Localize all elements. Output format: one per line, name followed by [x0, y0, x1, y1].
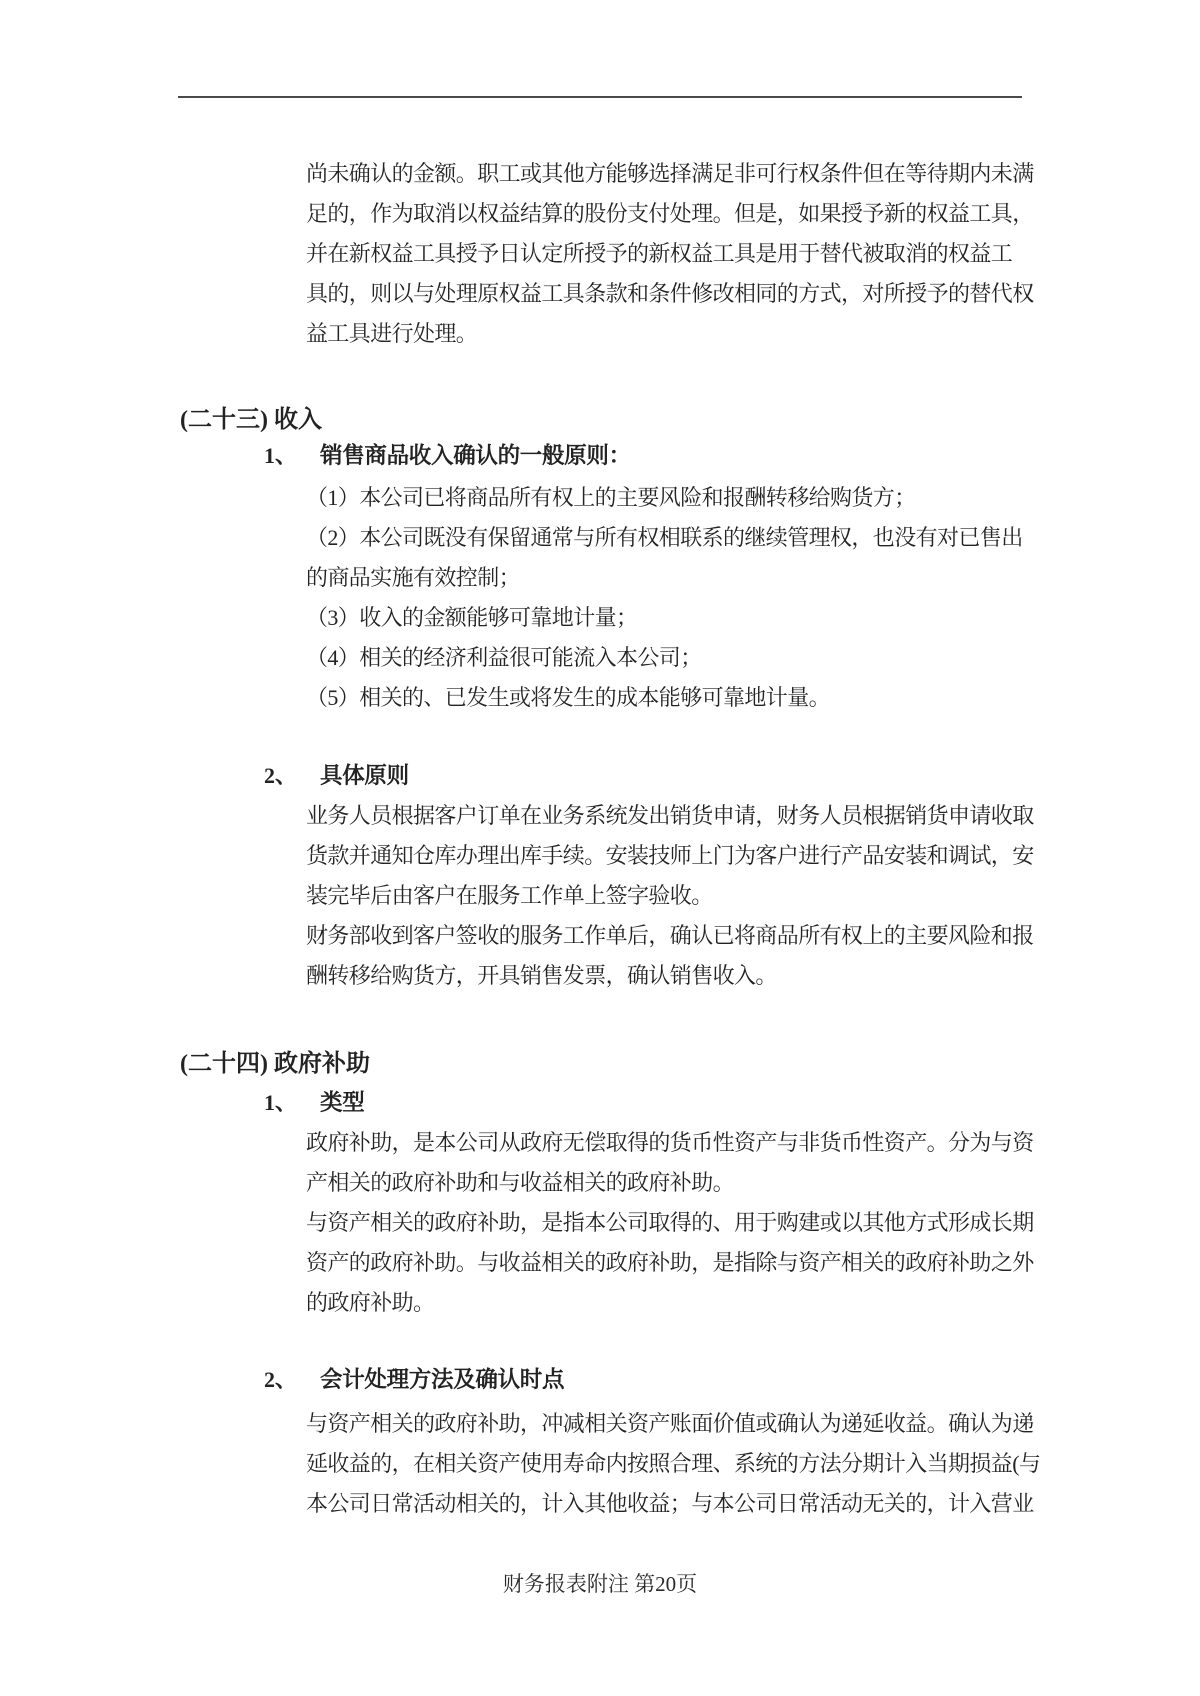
document-page: 尚未确认的金额。职工或其他方能够选择满足非可行权条件但在等待期内未满足的，作为取… [0, 0, 1200, 1696]
text-line: 与资产相关的政府补助，是指本公司取得的、用于购建或以其他方式形成长期 [306, 1203, 1034, 1243]
paragraph-grant-types: 政府补助，是本公司从政府无偿取得的货币性资产与非货币性资产。分为与资产相关的政府… [306, 1123, 1034, 1323]
text-line: （1）本公司已将商品所有权上的主要风险和报酬转移给购货方； [306, 478, 1023, 518]
heading-label: 具体原则 [320, 756, 409, 796]
heading-23-1-general-principles: 1、 销售商品收入确认的一般原则： [264, 436, 631, 476]
text-line: 的商品实施有效控制； [306, 558, 1023, 598]
header-rule [178, 96, 1022, 98]
text-line: 足的，作为取消以权益结算的股份支付处理。但是，如果授予新的权益工具， [306, 194, 1034, 234]
text-line: 尚未确认的金额。职工或其他方能够选择满足非可行权条件但在等待期内未满 [306, 154, 1034, 194]
text-line: （4）相关的经济利益很可能流入本公司； [306, 638, 1023, 678]
heading-label: 销售商品收入确认的一般原则： [320, 436, 631, 476]
text-line: 与资产相关的政府补助，冲减相关资产账面价值或确认为递延收益。确认为递 [306, 1404, 1040, 1444]
heading-number: 2、 [264, 756, 320, 796]
text-line: 的政府补助。 [306, 1283, 1034, 1323]
list-revenue-recognition-conditions: （1）本公司已将商品所有权上的主要风险和报酬转移给购货方；（2）本公司既没有保留… [306, 478, 1023, 718]
text-line: 资产的政府补助。与收益相关的政府补助，是指除与资产相关的政府补助之外 [306, 1243, 1034, 1283]
text-line: 益工具进行处理。 [306, 314, 1034, 354]
text-line: 本公司日常活动相关的，计入其他收益；与本公司日常活动无关的，计入营业 [306, 1484, 1040, 1524]
page-footer: 财务报表附注 第20页 [0, 1564, 1200, 1604]
text-line: 酬转移给购货方，开具销售发票，确认销售收入。 [306, 956, 1034, 996]
heading-number: 1、 [264, 436, 320, 476]
heading-label: 类型 [320, 1083, 364, 1123]
text-line: 业务人员根据客户订单在业务系统发出销货申请，财务人员根据销货申请收取 [306, 796, 1034, 836]
text-line: 并在新权益工具授予日认定所授予的新权益工具是用于替代被取消的权益工 [306, 234, 1034, 274]
paragraph-accounting-treatment: 与资产相关的政府补助，冲减相关资产账面价值或确认为递延收益。确认为递延收益的，在… [306, 1404, 1040, 1524]
heading-number: 2、 [264, 1360, 320, 1400]
text-line: 产相关的政府补助和与收益相关的政府补助。 [306, 1163, 1034, 1203]
heading-number: 1、 [264, 1083, 320, 1123]
text-line: （2）本公司既没有保留通常与所有权相联系的继续管理权，也没有对已售出 [306, 518, 1023, 558]
paragraph-share-payment: 尚未确认的金额。职工或其他方能够选择满足非可行权条件但在等待期内未满足的，作为取… [306, 154, 1034, 354]
heading-24-2-accounting-treatment: 2、 会计处理方法及确认时点 [264, 1360, 564, 1400]
text-line: （3）收入的金额能够可靠地计量； [306, 598, 1023, 638]
section-heading-23-revenue: (二十三) 收入 [180, 400, 322, 440]
text-line: 财务部收到客户签收的服务工作单后，确认已将商品所有权上的主要风险和报 [306, 916, 1034, 956]
heading-24-1-types: 1、 类型 [264, 1083, 364, 1123]
paragraph-specific-principles: 业务人员根据客户订单在业务系统发出销货申请，财务人员根据销货申请收取货款并通知仓… [306, 796, 1034, 996]
text-line: 货款并通知仓库办理出库手续。安装技师上门为客户进行产品安装和调试，安 [306, 836, 1034, 876]
text-line: 延收益的，在相关资产使用寿命内按照合理、系统的方法分期计入当期损益(与 [306, 1444, 1040, 1484]
text-line: 具的，则以与处理原权益工具条款和条件修改相同的方式，对所授予的替代权 [306, 274, 1034, 314]
text-line: 政府补助，是本公司从政府无偿取得的货币性资产与非货币性资产。分为与资 [306, 1123, 1034, 1163]
section-heading-24-government-grants: (二十四) 政府补助 [180, 1044, 370, 1084]
text-line: 装完毕后由客户在服务工作单上签字验收。 [306, 876, 1034, 916]
heading-23-2-specific-principles: 2、 具体原则 [264, 756, 409, 796]
heading-label: 会计处理方法及确认时点 [320, 1360, 564, 1400]
text-line: （5）相关的、已发生或将发生的成本能够可靠地计量。 [306, 678, 1023, 718]
